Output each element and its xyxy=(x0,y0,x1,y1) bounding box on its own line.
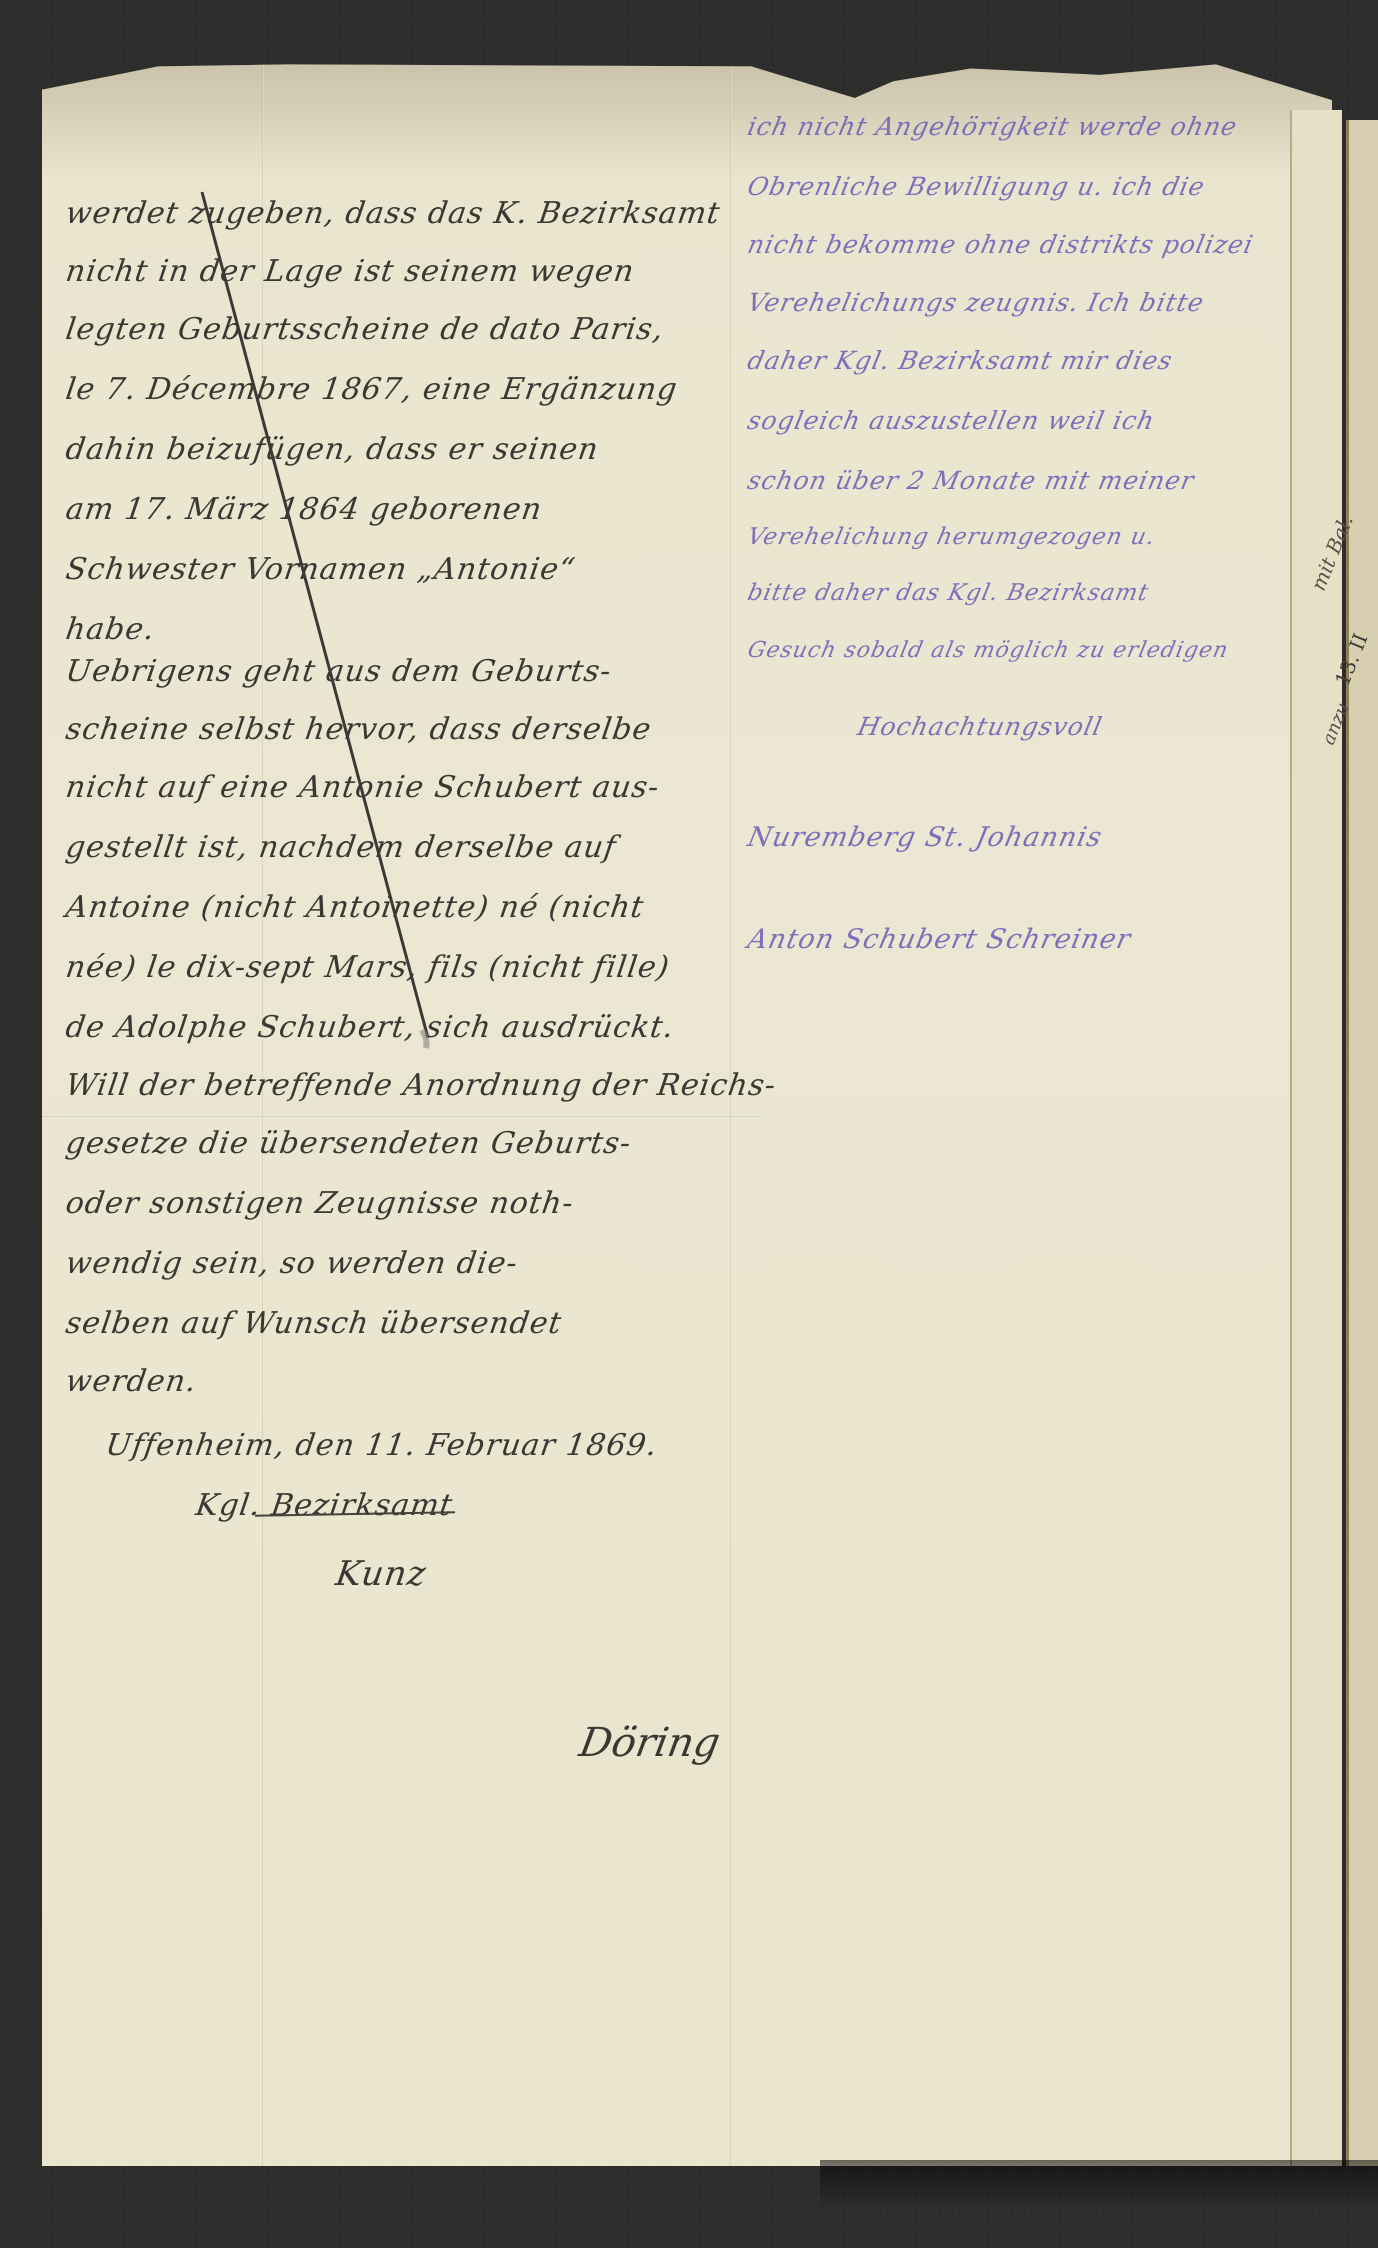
text-line: legten Geburtsscheine de dato Paris, xyxy=(64,312,666,347)
place-date: Uffenheim, den 11. Februar 1869. xyxy=(104,1428,660,1463)
text-line: Gesuch sobald als möglich zu erledigen xyxy=(745,638,1231,663)
text-line: Obrenliche Bewilligung u. ich die xyxy=(745,172,1208,201)
text-line: née) le dix-sept Mars, fils (nicht fille… xyxy=(64,950,672,985)
text-line: de Adolphe Schubert, sich ausdrückt. xyxy=(64,1010,677,1045)
text-line: schon über 2 Monate mit meiner xyxy=(745,466,1197,495)
office-name: Kgl. Bezirksamt xyxy=(194,1488,456,1523)
text-line: dahin beizufügen, dass er seinen xyxy=(64,432,601,467)
text-line: Uebrigens geht aus dem Geburts- xyxy=(64,654,614,689)
text-line: nicht bekomme ohne distrikts polizei xyxy=(745,230,1256,259)
text-line: gesetze die übersendeten Geburts- xyxy=(64,1126,634,1161)
text-line: am 17. März 1864 geborenen xyxy=(64,492,545,527)
text-line: wendig sein, so werden die- xyxy=(64,1246,521,1281)
text-line: oder sonstigen Zeugnisse noth- xyxy=(64,1186,576,1221)
text-line: nicht in der Lage ist seinem wegen xyxy=(64,254,637,289)
closing-salutation: Hochachtungsvoll xyxy=(855,712,1105,741)
text-line: selben auf Wunsch übersendet xyxy=(64,1306,565,1341)
text-line: Will der betreffende Anordnung der Reich… xyxy=(64,1068,779,1103)
vertical-fold-center xyxy=(730,58,732,2166)
text-line: werdet zugeben, dass das K. Bezirksamt xyxy=(64,196,723,231)
text-line: habe. xyxy=(64,612,158,647)
page-shadow xyxy=(820,2160,1378,2210)
text-line: daher Kgl. Bezirksamt mir dies xyxy=(745,346,1176,375)
bottom-signature: Döring xyxy=(576,1720,724,1766)
folded-page-edge xyxy=(1290,110,1342,2166)
text-line: bitte daher das Kgl. Bezirksamt xyxy=(745,580,1151,606)
text-line: gestellt ist, nachdem derselbe auf xyxy=(64,830,619,865)
text-line: le 7. Décembre 1867, eine Ergänzung xyxy=(64,372,680,407)
text-line: Verehelichung herumgezogen u. xyxy=(745,524,1158,550)
sender-signature: Anton Schubert Schreiner xyxy=(745,924,1134,955)
official-signature: Kunz xyxy=(333,1554,429,1594)
text-line: ich nicht Angehörigkeit werde ohne xyxy=(745,112,1240,141)
text-line: Schwester Vornamen „Antonie“ xyxy=(64,552,578,587)
horizontal-fold xyxy=(42,1116,762,1118)
next-page-edge xyxy=(1346,120,1378,2166)
text-line: nicht auf eine Antonie Schubert aus- xyxy=(64,770,662,805)
text-line: scheine selbst hervor, dass derselbe xyxy=(64,712,654,747)
text-line: Antoine (nicht Antoinette) né (nicht xyxy=(64,890,647,925)
sender-signature: Nuremberg St. Johannis xyxy=(745,822,1105,853)
text-line: Verehelichungs zeugnis. Ich bitte xyxy=(745,288,1207,317)
text-line: werden. xyxy=(64,1364,200,1399)
text-line: sogleich auszustellen weil ich xyxy=(745,406,1158,435)
